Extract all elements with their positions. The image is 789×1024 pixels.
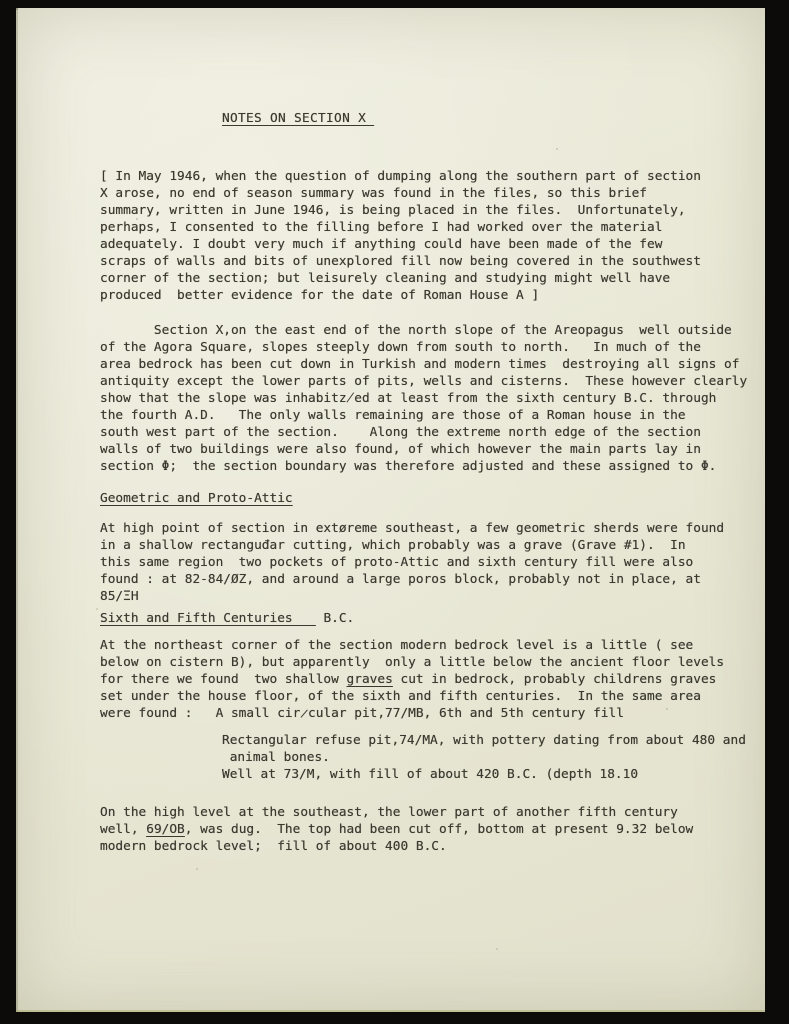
text-segment: in a shallow rectanguđar cutting, which … xyxy=(100,538,686,553)
text-segment: adequately. I doubt very much if anythin… xyxy=(100,237,662,252)
text-segment: corner of the section; but leisurely cle… xyxy=(100,271,670,286)
text-segment: set under the house floor, of the sixth … xyxy=(100,689,701,704)
text-line: in a shallow rectanguđar cutting, which … xyxy=(100,537,765,554)
text-segment: B.C. xyxy=(316,611,355,626)
underlined-text: graves xyxy=(347,672,393,687)
text-line: antiquity except the lower parts of pits… xyxy=(100,373,765,390)
text-segment: this same region two pockets of proto-At… xyxy=(100,555,693,570)
text-line: Rectangular refuse pit,74/MA, with potte… xyxy=(222,732,765,749)
text-segment: scraps of walls and bits of unexplored f… xyxy=(100,254,701,269)
paper-sheet: NOTES ON SECTION X [ In May 1946, when t… xyxy=(16,8,765,1012)
text-line: animal bones. xyxy=(222,749,765,766)
text-line: found : at 82-84/ØZ, and around a large … xyxy=(100,571,765,588)
text-segment: modern bedrock level; fill of about 400 … xyxy=(100,839,447,854)
scan-background: NOTES ON SECTION X [ In May 1946, when t… xyxy=(0,0,789,1024)
northeast-corner-paragraph: At the northeast corner of the section m… xyxy=(100,637,765,722)
well-69ob-paragraph: On the high level at the southeast, the … xyxy=(100,804,765,855)
pit-list: Rectangular refuse pit,74/MA, with potte… xyxy=(222,732,765,783)
text-line: section Φ; the section boundary was ther… xyxy=(100,458,765,475)
text-line: 85/ΞH xyxy=(100,588,765,605)
text-line: area bedrock has been cut down in Turkis… xyxy=(100,356,765,373)
text-segment: area bedrock has been cut down in Turkis… xyxy=(100,357,739,372)
text-line: the fourth A.D. The only walls remaining… xyxy=(100,407,765,424)
text-line: show that the slope was inhabitz̸ed at l… xyxy=(100,390,765,407)
text-line: At the northeast corner of the section m… xyxy=(100,637,765,654)
heading-geometric-proto-attic: Geometric and Proto-Attic xyxy=(100,490,765,507)
document-body: NOTES ON SECTION X [ In May 1946, when t… xyxy=(16,8,765,1012)
text-segment: animal bones. xyxy=(222,750,330,765)
text-segment: the fourth A.D. The only walls remaining… xyxy=(100,408,686,423)
text-line: summary, written in June 1946, is being … xyxy=(100,202,765,219)
text-line: [ In May 1946, when the question of dump… xyxy=(100,168,765,185)
geometric-paragraph: At high point of section in extøreme sou… xyxy=(100,520,765,605)
underlined-text: Sixth and Fifth Centuries xyxy=(100,611,316,626)
text-segment: well, xyxy=(100,822,146,837)
text-line: corner of the section; but leisurely cle… xyxy=(100,270,765,287)
underlined-text: Geometric and Proto-Attic xyxy=(100,491,293,506)
text-segment: X arose, no end of season summary was fo… xyxy=(100,186,647,201)
text-segment: , was dug. The top had been cut off, bot… xyxy=(185,822,694,837)
text-segment: were found : A small cir̷cular pit,77/MB… xyxy=(100,706,624,721)
text-segment: [ In May 1946, when the question of dump… xyxy=(100,169,701,184)
text-line: well, 69/OB, was dug. The top had been c… xyxy=(100,821,765,838)
text-segment: perhaps, I consented to the filling befo… xyxy=(100,220,662,235)
text-segment: Section X,on the east end of the north s… xyxy=(100,323,732,338)
text-segment: At the northeast corner of the section m… xyxy=(100,638,693,653)
text-segment: for there we found two shallow xyxy=(100,672,347,687)
text-line: were found : A small cir̷cular pit,77/MB… xyxy=(100,705,765,722)
text-segment: section Φ; the section boundary was ther… xyxy=(100,459,716,474)
section-overview-paragraph: Section X,on the east end of the north s… xyxy=(100,322,765,475)
text-segment: cut in bedrock, probably childrens grave… xyxy=(393,672,717,687)
text-line: Section X,on the east end of the north s… xyxy=(100,322,765,339)
text-segment: 85/ΞH xyxy=(100,589,139,604)
text-segment: summary, written in June 1946, is being … xyxy=(100,203,686,218)
text-segment: produced better evidence for the date of… xyxy=(100,288,539,303)
text-line: walls of two buildings were also found, … xyxy=(100,441,765,458)
text-segment: below on cistern B), but apparently only… xyxy=(100,655,724,670)
text-segment: On the high level at the southeast, the … xyxy=(100,805,678,820)
text-line: produced better evidence for the date of… xyxy=(100,287,765,304)
text-line: adequately. I doubt very much if anythin… xyxy=(100,236,765,253)
text-segment: south west part of the section. Along th… xyxy=(100,425,701,440)
heading-sixth-fifth-centuries: Sixth and Fifth Centuries B.C. xyxy=(100,610,765,627)
text-line: Well at 73/M, with fill of about 420 B.C… xyxy=(222,766,765,783)
text-segment: show that the slope was inhabitz̸ed at l… xyxy=(100,391,716,406)
bracketed-preface: [ In May 1946, when the question of dump… xyxy=(100,168,765,304)
text-line: perhaps, I consented to the filling befo… xyxy=(100,219,765,236)
text-line: for there we found two shallow graves cu… xyxy=(100,671,765,688)
text-segment: Well at 73/M, with fill of about 420 B.C… xyxy=(222,767,638,782)
text-segment: Rectangular refuse pit,74/MA, with potte… xyxy=(222,733,746,748)
text-line: At high point of section in extøreme sou… xyxy=(100,520,765,537)
text-segment: antiquity except the lower parts of pits… xyxy=(100,374,747,389)
text-line: scraps of walls and bits of unexplored f… xyxy=(100,253,765,270)
text-segment: walls of two buildings were also found, … xyxy=(100,442,701,457)
text-segment: At high point of section in extøreme sou… xyxy=(100,521,724,536)
text-line: set under the house floor, of the sixth … xyxy=(100,688,765,705)
text-line: modern bedrock level; fill of about 400 … xyxy=(100,838,765,855)
text-segment: of the Agora Square, slopes steeply down… xyxy=(100,340,701,355)
text-line: below on cistern B), but apparently only… xyxy=(100,654,765,671)
page-title: NOTES ON SECTION X xyxy=(222,110,765,127)
text-line: On the high level at the southeast, the … xyxy=(100,804,765,821)
text-line: Geometric and Proto-Attic xyxy=(100,490,765,507)
underlined-text: NOTES ON SECTION X xyxy=(222,111,374,126)
text-line: Sixth and Fifth Centuries B.C. xyxy=(100,610,765,627)
text-line: south west part of the section. Along th… xyxy=(100,424,765,441)
text-line: X arose, no end of season summary was fo… xyxy=(100,185,765,202)
text-line: this same region two pockets of proto-At… xyxy=(100,554,765,571)
text-line: of the Agora Square, slopes steeply down… xyxy=(100,339,765,356)
text-segment: found : at 82-84/ØZ, and around a large … xyxy=(100,572,701,587)
text-line: NOTES ON SECTION X xyxy=(222,110,765,127)
underlined-text: 69/OB xyxy=(146,822,185,837)
